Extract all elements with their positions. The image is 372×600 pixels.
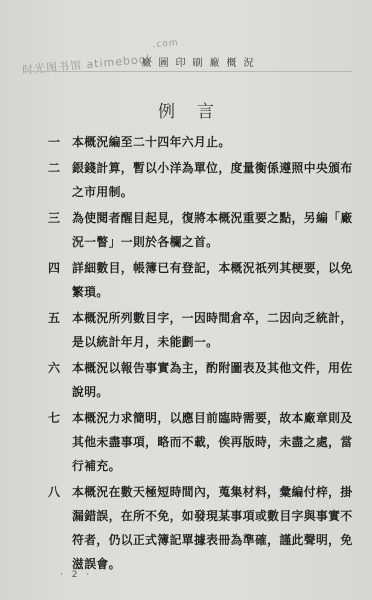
item-text: 本概況所列數目字，一因時間倉卒，二因向乏統計，是以統計年月，未能劃一。	[72, 306, 358, 354]
list-item: 三 為使閱者醒目起見，復將本概況重要之點，另編「廠況一瞥」一則於各欄之首。	[48, 206, 358, 254]
item-text: 本概況編至二十四年六月止。	[72, 130, 358, 154]
item-number: 一	[48, 130, 72, 154]
item-number: 二	[48, 156, 72, 204]
item-text: 本概況在數天極短時間內，蒐集材料，彙編付梓，掛漏錯誤，在所不免，如發現某事項或數…	[72, 480, 358, 576]
page-title: 例言	[0, 97, 372, 122]
item-text: 為使閱者醒目起見，復將本概況重要之點，另編「廠況一瞥」一則於各欄之首。	[72, 206, 358, 254]
list-item: 六 本概況以報告事實為主，酌附圖表及其他文件，用佐說明。	[48, 356, 358, 404]
item-number: 八	[48, 480, 72, 576]
item-number: 七	[48, 406, 72, 478]
list-item: 一 本概況編至二十四年六月止。	[48, 130, 358, 154]
item-text: 詳細數目，帳簿已有登記，本概況祇列其梗要，以免繁瑣。	[72, 256, 358, 304]
item-number: 六	[48, 356, 72, 404]
item-text: 銀錢計算，暫以小洋為單位，度量衡係遵照中央頒布之市用制。	[72, 156, 358, 204]
item-number: 四	[48, 256, 72, 304]
watermark-sub: .com	[152, 38, 179, 50]
list-item: 二 銀錢計算，暫以小洋為單位，度量衡係遵照中央頒布之市用制。	[48, 156, 358, 204]
list-item: 七 本概況力求簡明，以應目前臨時需要，故本廠章則及其他未盡事項，略而不載，俟再版…	[48, 406, 358, 478]
page-number: · 2 ·	[60, 570, 92, 580]
item-text: 本概況力求簡明，以應目前臨時需要，故本廠章則及其他未盡事項，略而不載，俟再版時，…	[72, 406, 358, 478]
list-item: 八 本概況在數天極短時間內，蒐集材料，彙編付梓，掛漏錯誤，在所不免，如發現某事項…	[48, 480, 358, 576]
document-page: 时光图书馆 atimebook .com 廠圖印刷廠概況 例言 一 本概況編至二…	[0, 0, 372, 600]
item-text: 本概況以報告事實為主，酌附圖表及其他文件，用佐說明。	[72, 356, 358, 404]
item-number: 五	[48, 306, 72, 354]
header-rule	[24, 71, 352, 72]
item-number: 三	[48, 206, 72, 254]
item-list: 一 本概況編至二十四年六月止。 二 銀錢計算，暫以小洋為單位，度量衡係遵照中央頒…	[48, 130, 358, 578]
list-item: 四 詳細數目，帳簿已有登記，本概況祇列其梗要，以免繁瑣。	[48, 256, 358, 304]
running-header: 廠圖印刷廠概況	[0, 54, 372, 69]
list-item: 五 本概況所列數目字，一因時間倉卒，二因向乏統計，是以統計年月，未能劃一。	[48, 306, 358, 354]
